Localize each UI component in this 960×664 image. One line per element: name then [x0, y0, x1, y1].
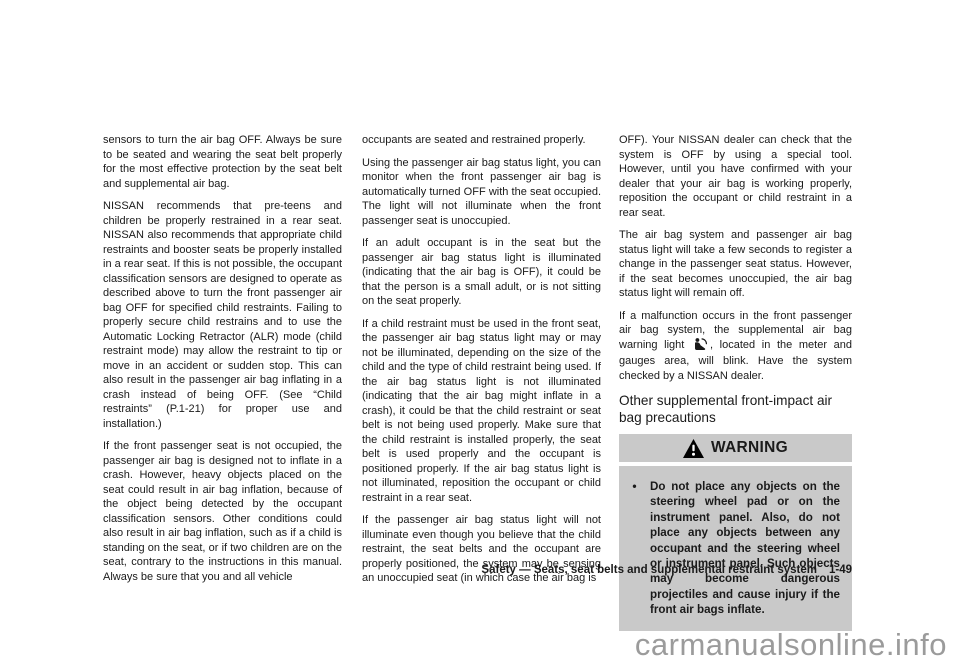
watermark-text: carmanualsonline.info [635, 627, 947, 663]
warning-header: WARNING [619, 434, 852, 462]
paragraph: NISSAN recommends that pre-teens and chi… [103, 199, 342, 431]
footer-section-title: Safety — Seats, seat belts and supplemen… [481, 564, 817, 576]
text-column-3: OFF). Your NISSAN dealer can check that … [619, 133, 852, 631]
manual-page: sensors to turn the air bag OFF. Always … [0, 0, 960, 664]
warning-body: • Do not place any objects on the steeri… [619, 466, 852, 631]
paragraph: If an adult occupant is in the seat but … [362, 236, 601, 309]
warning-triangle-icon [683, 439, 704, 458]
bullet-glyph: • [619, 479, 650, 618]
paragraph: If a child restraint must be used in the… [362, 317, 601, 506]
paragraph: occupants are seated and restrained prop… [362, 133, 601, 148]
warning-title: WARNING [711, 441, 788, 456]
warning-text: Do not place any objects on the steering… [650, 479, 840, 618]
warning-box: WARNING • Do not place any objects on th… [619, 434, 852, 631]
paragraph: The air bag system and passenger air bag… [619, 228, 852, 301]
paragraph-with-icon: If a malfunction occurs in the front pas… [619, 309, 852, 384]
paragraph: OFF). Your NISSAN dealer can check that … [619, 133, 852, 220]
section-heading: Other supplemental front-impact air bag … [619, 393, 852, 426]
text-column-2: occupants are seated and restrained prop… [362, 133, 601, 594]
paragraph: Using the passenger air bag status light… [362, 156, 601, 229]
paragraph: If the front passenger seat is not occup… [103, 439, 342, 584]
page-footer: Safety — Seats, seat belts and supplemen… [481, 564, 852, 576]
text-column-1: sensors to turn the air bag OFF. Always … [103, 133, 342, 592]
paragraph: sensors to turn the air bag OFF. Always … [103, 133, 342, 191]
footer-page-number: 1-49 [829, 564, 852, 576]
air-bag-warning-light-icon [694, 338, 707, 355]
